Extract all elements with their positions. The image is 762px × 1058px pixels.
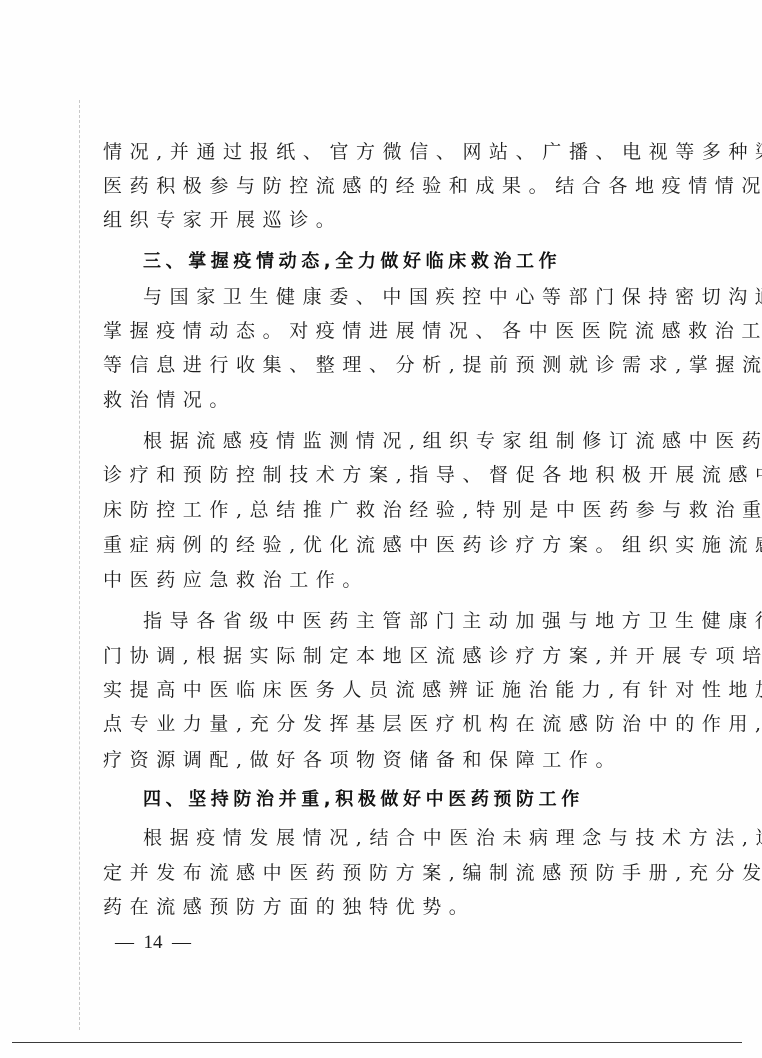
body-line: 定并发布流感中医药预防方案,编制流感预防手册,充分发挥中医 <box>103 860 643 886</box>
body-line: 组织专家开展巡诊。 <box>103 207 643 233</box>
page-number: — 14 — <box>115 930 191 956</box>
body-line: 门协调,根据实际制定本地区流感诊疗方案,并开展专项培训,切 <box>103 643 643 669</box>
bottom-rule-line <box>12 1042 742 1043</box>
paragraph-first-line: 根据流感疫情监测情况,组织专家组制修订流感中医药相关 <box>143 428 683 454</box>
body-line: 医药积极参与防控流感的经验和成果。结合各地疫情情况,适时 <box>103 173 643 199</box>
body-line: 点专业力量,充分发挥基层医疗机构在流感防治中的作用,强化医 <box>103 711 643 737</box>
body-line: 救治情况。 <box>103 387 643 413</box>
body-line: 疗资源调配,做好各项物资储备和保障工作。 <box>103 747 643 773</box>
section-heading-4: 四、坚持防治并重,积极做好中医药预防工作 <box>143 787 584 813</box>
document-page: 情况,并通过报纸、官方微信、网站、广播、电视等多种渠道,介绍中 医药积极参与防控… <box>0 0 762 1058</box>
paragraph-first-line: 根据疫情发展情况,结合中医治未病理念与技术方法,适时制 <box>143 825 683 851</box>
binding-margin-line <box>79 100 80 1030</box>
paragraph-first-line: 与国家卫生健康委、中国疾控中心等部门保持密切沟通,及时 <box>143 284 683 310</box>
body-line: 床防控工作,总结推广救治经验,特别是中医药参与救治重症和危 <box>103 497 643 523</box>
body-line: 掌握疫情动态。对疫情进展情况、各中医医院流感救治工作情况 <box>103 318 643 344</box>
body-line: 情况,并通过报纸、官方微信、网站、广播、电视等多种渠道,介绍中 <box>103 139 643 165</box>
body-line: 重症病例的经验,优化流感中医药诊疗方案。组织实施流感疫情 <box>103 532 643 558</box>
body-line: 诊疗和预防控制技术方案,指导、督促各地积极开展流感中医药临 <box>103 462 643 488</box>
section-heading-3: 三、掌握疫情动态,全力做好临床救治工作 <box>143 249 561 275</box>
paragraph-first-line: 指导各省级中医药主管部门主动加强与地方卫生健康行政部 <box>143 608 683 634</box>
body-line: 实提高中医临床医务人员流感辨证施治能力,有针对性地加强重 <box>103 677 643 703</box>
body-line: 中医药应急救治工作。 <box>103 567 643 593</box>
body-line: 药在流感预防方面的独特优势。 <box>103 894 643 920</box>
body-line: 等信息进行收集、整理、分析,提前预测就诊需求,掌握流感中医药 <box>103 352 643 378</box>
